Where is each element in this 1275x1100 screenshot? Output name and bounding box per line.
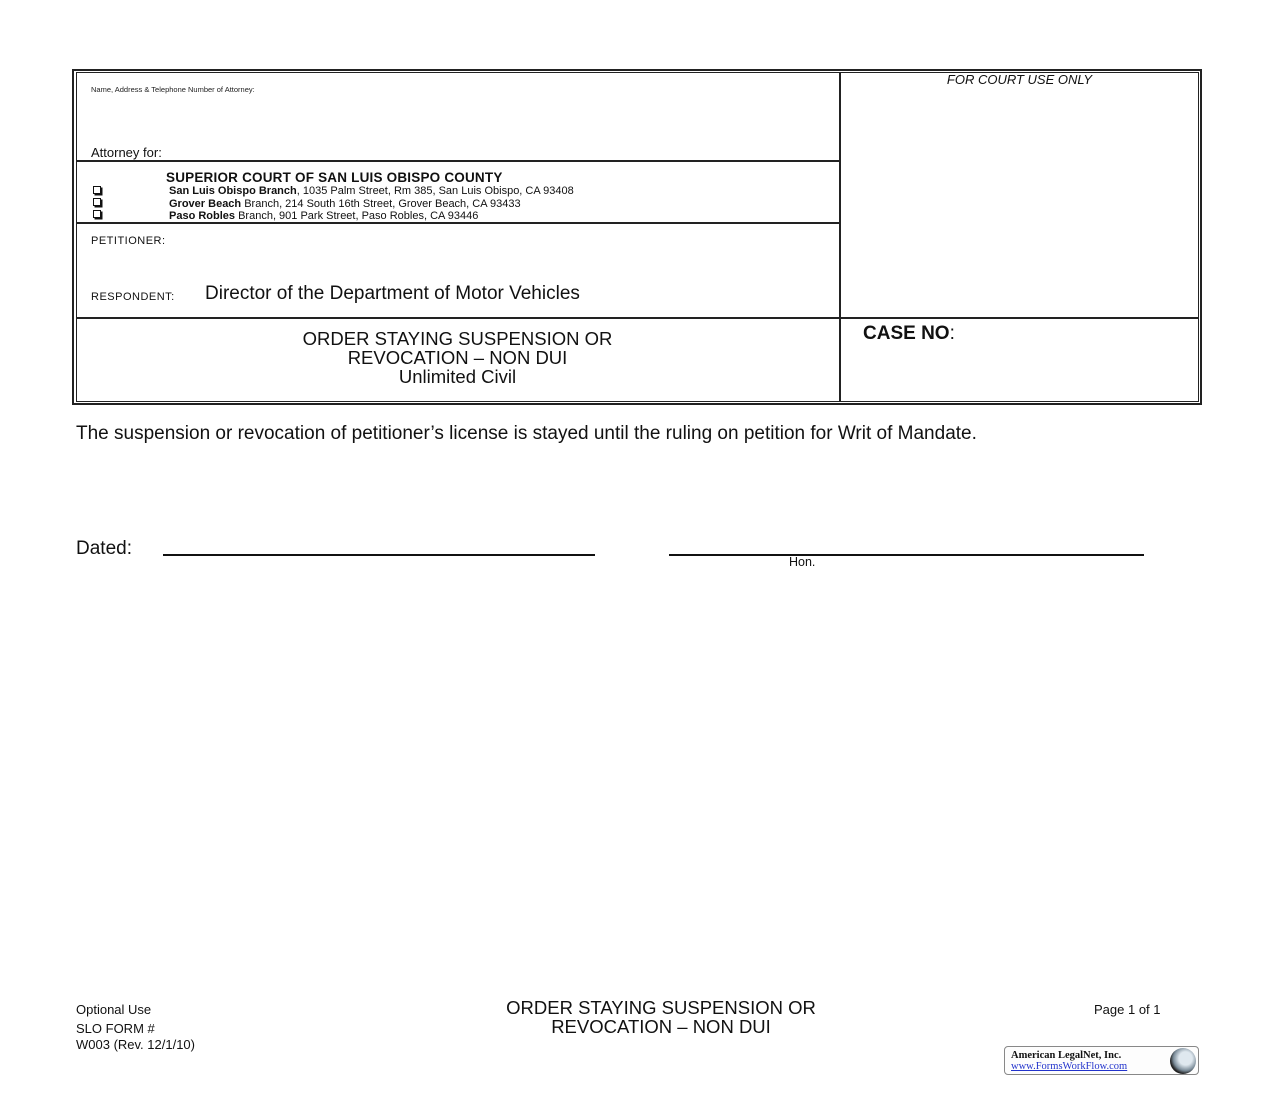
page-number: Page 1 of 1 xyxy=(1094,1002,1161,1017)
branch-option-paso-robles: Paso Robles Branch, 901 Park Street, Pas… xyxy=(169,210,478,222)
attorney-info-label: Name, Address & Telephone Number of Atto… xyxy=(91,85,255,94)
column-divider xyxy=(839,72,841,402)
branch-name: Paso Robles xyxy=(169,210,235,222)
globe-icon xyxy=(1170,1048,1196,1074)
dated-line xyxy=(163,554,595,556)
petitioner-label: PETITIONER: xyxy=(91,235,166,247)
form-number-label: SLO FORM # xyxy=(76,1021,195,1038)
court-use-label: FOR COURT USE ONLY xyxy=(840,72,1199,87)
order-text: The suspension or revocation of petition… xyxy=(76,424,1186,443)
dated-label: Dated: xyxy=(76,539,132,558)
dated-field[interactable] xyxy=(163,535,595,553)
judge-signature-field[interactable] xyxy=(669,535,1144,553)
form-title-line1: ORDER STAYING SUSPENSION OR xyxy=(76,329,839,348)
respondent-label: RESPONDENT: xyxy=(91,291,175,303)
case-number-label: CASE NO: xyxy=(863,323,955,345)
respondent-value: Director of the Department of Motor Vehi… xyxy=(205,283,580,305)
branch-name: San Luis Obispo Branch xyxy=(169,185,297,197)
case-no-text: CASE NO xyxy=(863,323,950,344)
footer-title-line1: ORDER STAYING SUSPENSION OR xyxy=(430,998,892,1017)
form-title-line2: REVOCATION – NON DUI xyxy=(76,348,839,367)
form-revision: W003 (Rev. 12/1/10) xyxy=(76,1037,195,1054)
footer-title-line2: REVOCATION – NON DUI xyxy=(430,1017,892,1036)
footer-title: ORDER STAYING SUSPENSION OR REVOCATION –… xyxy=(430,998,892,1036)
divider-title-row xyxy=(76,317,1199,319)
judge-signature-line xyxy=(669,554,1144,556)
branch-address: Branch, 214 South 16th Street, Grover Be… xyxy=(241,198,520,210)
footer-form-info: Optional Use SLO FORM # W003 (Rev. 12/1/… xyxy=(76,1002,195,1054)
publisher-link[interactable]: www.FormsWorkFlow.com xyxy=(1011,1061,1127,1072)
attorney-info-field[interactable] xyxy=(91,96,831,144)
branch-name: Grover Beach xyxy=(169,198,241,210)
branch-option-slo: San Luis Obispo Branch, 1035 Palm Street… xyxy=(169,185,574,197)
branch-address: Branch, 901 Park Street, Paso Robles, CA… xyxy=(235,210,478,222)
branch-checkbox-paso-robles[interactable] xyxy=(93,210,101,218)
branch-checkbox-grover-beach[interactable] xyxy=(93,198,101,206)
case-number-field[interactable] xyxy=(990,323,1190,347)
divider-court xyxy=(76,222,840,224)
court-title: SUPERIOR COURT OF SAN LUIS OBISPO COUNTY xyxy=(166,170,503,185)
attorney-for-label: Attorney for: xyxy=(91,145,162,160)
publisher-logo[interactable]: American LegalNet, Inc. www.FormsWorkFlo… xyxy=(1004,1046,1199,1075)
divider-attorney xyxy=(76,160,840,162)
form-title-line3: Unlimited Civil xyxy=(76,367,839,386)
petitioner-field[interactable] xyxy=(190,232,830,252)
branch-option-grover-beach: Grover Beach Branch, 214 South 16th Stre… xyxy=(169,198,521,210)
branch-address: , 1035 Palm Street, Rm 385, San Luis Obi… xyxy=(297,185,574,197)
publisher-name: American LegalNet, Inc. xyxy=(1011,1050,1121,1061)
judge-label: Hon. xyxy=(789,555,815,569)
case-no-colon: : xyxy=(950,323,955,344)
optional-use-label: Optional Use xyxy=(76,1002,195,1019)
form-title: ORDER STAYING SUSPENSION OR REVOCATION –… xyxy=(76,329,839,386)
branch-checkbox-slo[interactable] xyxy=(93,186,101,194)
